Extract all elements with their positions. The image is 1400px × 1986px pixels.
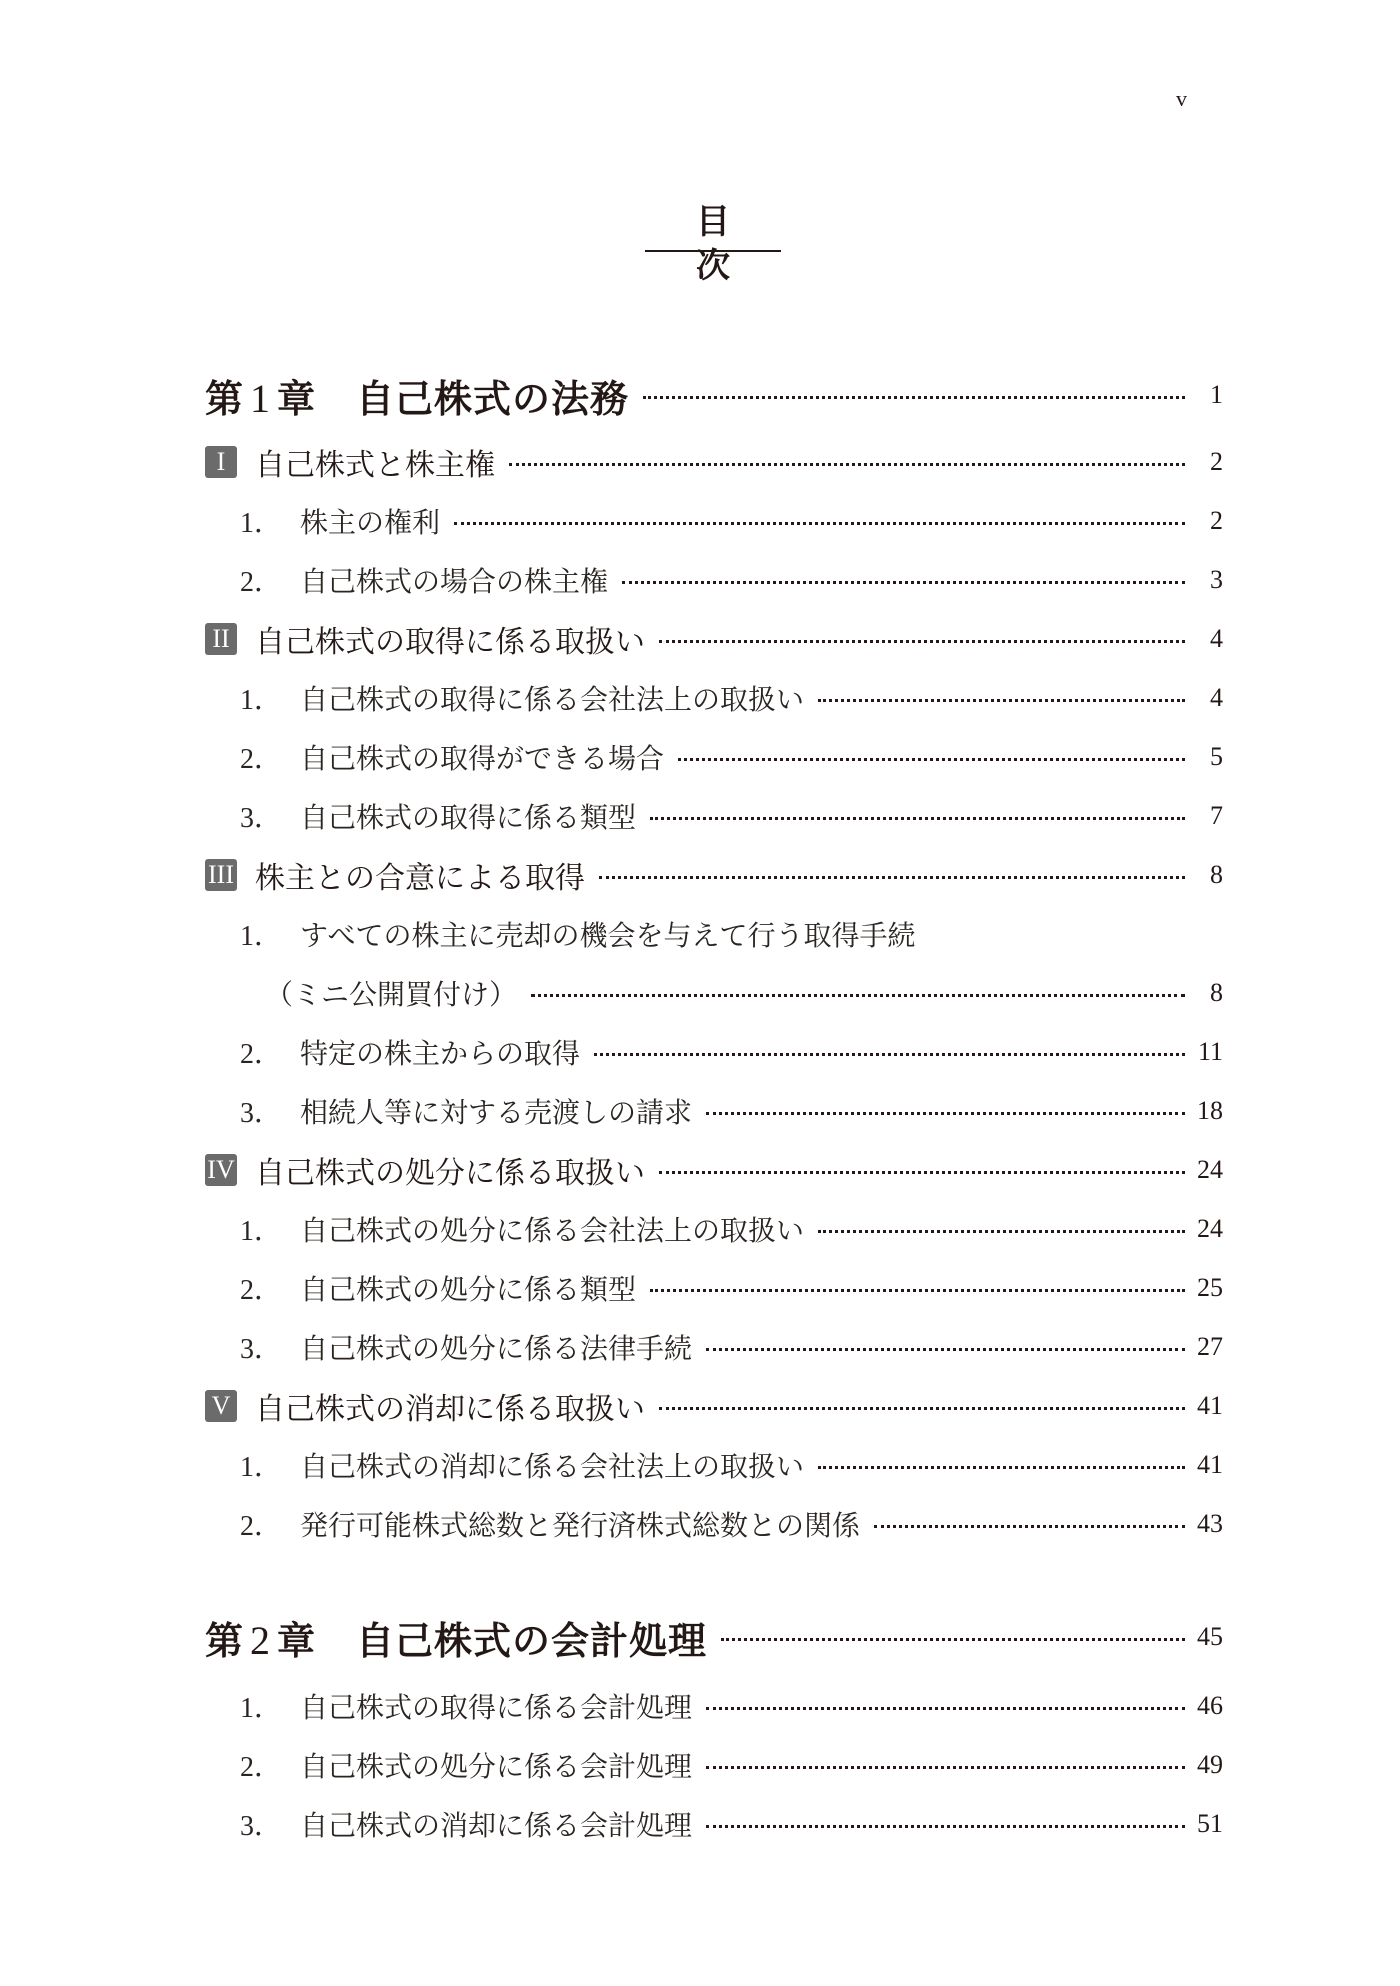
toc-chapter-1[interactable]: 第1章自己株式の法務 1 — [205, 370, 1223, 420]
page-number: 49 — [1195, 1750, 1223, 1780]
page-number: 24 — [1195, 1214, 1223, 1244]
dot-leader — [599, 876, 1185, 879]
toc-item[interactable]: 3．相続人等に対する売渡しの請求 18 — [240, 1091, 1223, 1131]
item-title: 自己株式の取得に係る類型 — [300, 801, 636, 834]
item-number: 3． — [240, 803, 282, 834]
item-number: 1． — [240, 508, 282, 539]
page-number: 5 — [1195, 742, 1223, 772]
toc-section-5[interactable]: V 自己株式の消却に係る取扱い 41 — [205, 1386, 1223, 1426]
toc-item[interactable]: 1．自己株式の取得に係る会計処理 46 — [240, 1686, 1223, 1726]
item-number: 3． — [240, 1098, 282, 1129]
dot-leader — [874, 1525, 1185, 1528]
chapter-suffix: 章 — [277, 1619, 316, 1663]
toc-section-3[interactable]: III 株主との合意による取得 8 — [205, 855, 1223, 895]
item-title: 自己株式の処分に係る会社法上の取扱い — [300, 1214, 804, 1247]
toc-section-2[interactable]: II 自己株式の取得に係る取扱い 4 — [205, 619, 1223, 659]
toc-item[interactable]: 3．自己株式の処分に係る法律手続 27 — [240, 1327, 1223, 1367]
toc-item-continuation[interactable]: （ミニ公開買付け） 8 — [265, 973, 1223, 1013]
dot-leader — [650, 1289, 1185, 1292]
chapter-suffix: 章 — [277, 377, 316, 421]
item-title: 自己株式の場合の株主権 — [300, 565, 608, 598]
item-title: 自己株式の消却に係る会計処理 — [300, 1809, 692, 1842]
chapter-prefix: 第 — [205, 1619, 244, 1663]
chapter-heading: 第1章自己株式の法務 — [205, 368, 629, 423]
page-number: 18 — [1195, 1096, 1223, 1126]
toc-section-4[interactable]: IV 自己株式の処分に係る取扱い 24 — [205, 1150, 1223, 1190]
page-number: 4 — [1195, 624, 1223, 654]
dot-leader — [706, 1766, 1185, 1769]
item-title: 特定の株主からの取得 — [300, 1037, 580, 1070]
toc-title: 目次 — [645, 200, 781, 288]
page-number: 3 — [1195, 565, 1223, 595]
page-number: 51 — [1195, 1809, 1223, 1839]
item-title: すべての株主に売却の機会を与えて行う取得手続 — [300, 919, 915, 952]
item-number: 2． — [240, 744, 282, 775]
roman-numeral-badge: I — [205, 446, 237, 478]
dot-leader — [818, 699, 1185, 702]
item-title: 自己株式の処分に係る法律手続 — [300, 1332, 692, 1365]
page-number: 24 — [1195, 1155, 1223, 1185]
item-title: 相続人等に対する売渡しの請求 — [300, 1096, 692, 1129]
page-number: 41 — [1195, 1391, 1223, 1421]
chapter-heading: 第2章自己株式の会計処理 — [205, 1610, 707, 1665]
toc-item[interactable]: 1．株主の権利 2 — [240, 501, 1223, 541]
dot-leader — [659, 640, 1185, 643]
dot-leader — [454, 522, 1185, 525]
item-number: 2． — [240, 1511, 282, 1542]
roman-numeral-badge: II — [205, 623, 237, 655]
chapter-number: 2 — [250, 1618, 271, 1663]
toc-item[interactable]: 3．自己株式の消却に係る会計処理 51 — [240, 1804, 1223, 1844]
page-number: 45 — [1195, 1622, 1223, 1652]
item-title: 自己株式の取得に係る会社法上の取扱い — [300, 683, 804, 716]
page-number: 4 — [1195, 683, 1223, 713]
roman-numeral-badge: IV — [205, 1154, 237, 1186]
item-number: 2． — [240, 1275, 282, 1306]
roman-numeral-badge: III — [205, 859, 237, 891]
toc-item[interactable]: 1．すべての株主に売却の機会を与えて行う取得手続 — [240, 914, 1223, 954]
item-number: 3． — [240, 1334, 282, 1365]
toc-item[interactable]: 1．自己株式の消却に係る会社法上の取扱い 41 — [240, 1445, 1223, 1485]
toc-item[interactable]: 2．自己株式の処分に係る会計処理 49 — [240, 1745, 1223, 1785]
toc-title-underline — [645, 250, 781, 252]
toc-item[interactable]: 1．自己株式の取得に係る会社法上の取扱い 4 — [240, 678, 1223, 718]
item-title: 自己株式の取得に係る会計処理 — [300, 1691, 692, 1724]
item-number: 2． — [240, 1752, 282, 1783]
item-title: 発行可能株式総数と発行済株式総数との関係 — [300, 1509, 860, 1542]
dot-leader — [706, 1348, 1185, 1351]
dot-leader — [818, 1466, 1185, 1469]
page-number: 1 — [1195, 380, 1223, 410]
item-title: 自己株式の処分に係る類型 — [300, 1273, 636, 1306]
dot-leader — [818, 1230, 1185, 1233]
dot-leader — [706, 1825, 1185, 1828]
dot-leader — [721, 1638, 1185, 1641]
page-number: 41 — [1195, 1450, 1223, 1480]
toc-item[interactable]: 2．自己株式の取得ができる場合 5 — [240, 737, 1223, 777]
item-title: 自己株式の取得ができる場合 — [300, 742, 664, 775]
dot-leader — [659, 1407, 1185, 1410]
item-number: 1． — [240, 1693, 282, 1724]
chapter-title: 自己株式の会計処理 — [356, 1619, 707, 1663]
item-title: 株主の権利 — [300, 506, 440, 539]
item-number: 1． — [240, 921, 282, 952]
toc-item[interactable]: 2．特定の株主からの取得 11 — [240, 1032, 1223, 1072]
toc-chapter-2[interactable]: 第2章自己株式の会計処理 45 — [205, 1612, 1223, 1662]
page-number: 2 — [1195, 506, 1223, 536]
dot-leader — [706, 1112, 1185, 1115]
roman-numeral-badge: V — [205, 1390, 237, 1422]
item-number: 2． — [240, 567, 282, 598]
item-number: 1． — [240, 1452, 282, 1483]
page-number: 27 — [1195, 1332, 1223, 1362]
dot-leader — [509, 463, 1185, 466]
item-number: 2． — [240, 1039, 282, 1070]
section-title: 株主との合意による取得 — [255, 853, 585, 897]
page-number: 11 — [1195, 1037, 1223, 1067]
section-title: 自己株式の消却に係る取扱い — [255, 1384, 645, 1428]
dot-leader — [706, 1707, 1185, 1710]
dot-leader — [643, 396, 1185, 399]
toc-section-1[interactable]: I 自己株式と株主権 2 — [205, 442, 1223, 482]
dot-leader — [594, 1053, 1185, 1056]
item-number: 1． — [240, 1216, 282, 1247]
dot-leader — [622, 581, 1185, 584]
item-title-continuation: （ミニ公開買付け） — [265, 973, 517, 1013]
item-title: 自己株式の消却に係る会社法上の取扱い — [300, 1450, 804, 1483]
dot-leader — [650, 817, 1185, 820]
chapter-number: 1 — [250, 376, 271, 421]
dot-leader — [678, 758, 1185, 761]
item-number: 1． — [240, 685, 282, 716]
dot-leader — [659, 1171, 1185, 1174]
toc-item[interactable]: 2．発行可能株式総数と発行済株式総数との関係 43 — [240, 1504, 1223, 1544]
dot-leader — [531, 994, 1185, 997]
page-number: 43 — [1195, 1509, 1223, 1539]
toc-item[interactable]: 2．自己株式の場合の株主権 3 — [240, 560, 1223, 600]
toc-item[interactable]: 3．自己株式の取得に係る類型 7 — [240, 796, 1223, 836]
page-number: 2 — [1195, 447, 1223, 477]
chapter-title: 自己株式の法務 — [356, 377, 629, 421]
chapter-prefix: 第 — [205, 377, 244, 421]
section-title: 自己株式の取得に係る取扱い — [255, 617, 645, 661]
page-number: 25 — [1195, 1273, 1223, 1303]
page-number: 7 — [1195, 801, 1223, 831]
page-number: 8 — [1195, 860, 1223, 890]
section-title: 自己株式と株主権 — [255, 440, 495, 484]
page-number: 46 — [1195, 1691, 1223, 1721]
section-title: 自己株式の処分に係る取扱い — [255, 1148, 645, 1192]
toc-item[interactable]: 1．自己株式の処分に係る会社法上の取扱い 24 — [240, 1209, 1223, 1249]
toc-item[interactable]: 2．自己株式の処分に係る類型 25 — [240, 1268, 1223, 1308]
item-number: 3． — [240, 1811, 282, 1842]
page-folio: v — [1176, 86, 1187, 112]
item-title: 自己株式の処分に係る会計処理 — [300, 1750, 692, 1783]
page-number: 8 — [1195, 978, 1223, 1008]
